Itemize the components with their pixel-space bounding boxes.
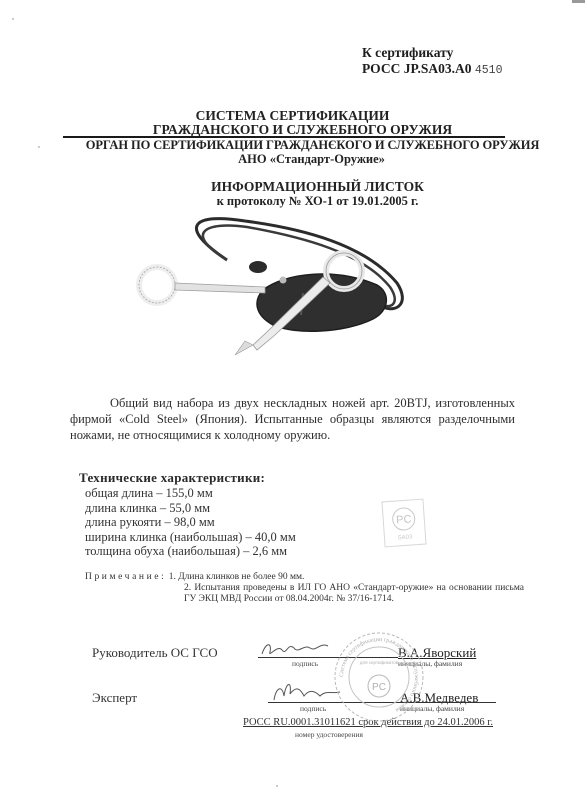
- product-description: Общий вид набора из двух нескладных ноже…: [70, 395, 515, 443]
- specs-title: Технические характеристики:: [79, 470, 265, 486]
- svg-text:PC: PC: [396, 513, 412, 526]
- scan-speck: [12, 18, 14, 20]
- scan-speck: [38, 146, 40, 148]
- svg-text:для сертификатов: для сертификатов: [360, 660, 399, 665]
- official-stamp: Система сертификации гражданского и служ…: [332, 630, 426, 724]
- spec-item: ширина клинка (наибольшая) – 40,0 мм: [85, 530, 296, 545]
- svg-text:PC: PC: [372, 682, 386, 693]
- pcc-conformity-mark: PC SA03: [381, 499, 426, 548]
- scan-edge: [572, 0, 585, 3]
- spec-item: длина рукояти – 98,0 мм: [85, 515, 296, 530]
- signatory-role: Руководитель ОС ГСО: [92, 645, 218, 661]
- notes-label: Примечание:: [85, 572, 166, 582]
- spec-item: длина клинка – 55,0 мм: [85, 501, 296, 516]
- protocol-reference: к протоколу № ХО-1 от 19.01.2005 г.: [0, 194, 585, 208]
- expert-role: Эксперт: [92, 690, 137, 706]
- note-item: 1. Длина клинков не более 90 мм.: [169, 572, 305, 582]
- accreditation-caption: номер удостоверения: [295, 730, 363, 739]
- specs-list: общая длина – 155,0 мм длина клинка – 55…: [85, 486, 296, 559]
- signature-caption: подпись: [300, 704, 326, 713]
- certification-body-line2: АНО «Стандарт-Оружие»: [0, 152, 585, 166]
- spec-item: общая длина – 155,0 мм: [85, 486, 296, 501]
- certificate-reference: К сертификату РОСС JP.SA03.A0 4510: [362, 45, 502, 79]
- certification-body-line1: ОРГАН ПО СЕРТИФИКАЦИИ ГРАЖДАНЄКОГО И СЛУ…: [0, 138, 585, 152]
- system-title-line1: СИСТЕМА СЕРТИФИКАЦИИ: [0, 108, 585, 123]
- note-item: 2. Испытания проведены в ИЛ ГО АНО «Стан…: [184, 583, 524, 605]
- scan-speck: [276, 785, 278, 787]
- notes: Примечание: 1. Длина клинков не более 90…: [85, 572, 304, 583]
- system-title-line2: ГРАЖДАНСКОГО И СЛУЖЕБНОГО ОРУЖИЯ: [0, 122, 585, 137]
- document-title: ИНФОРМАЦИОННЫЙ ЛИСТОК: [0, 179, 585, 194]
- pcc-logo-icon: PC SA03: [383, 500, 426, 547]
- signature-caption: подпись: [292, 659, 318, 668]
- svg-text:SA03: SA03: [398, 534, 414, 541]
- certificate-ref-number: РОСС JP.SA03.A0 4510: [362, 61, 502, 79]
- certificate-ref-suffix: 4510: [475, 64, 503, 77]
- knife-set-photo: [135, 215, 425, 355]
- spec-item: толщина обуха (наибольшая) – 2,6 мм: [85, 544, 296, 559]
- certificate-ref-label: К сертификату: [362, 45, 502, 61]
